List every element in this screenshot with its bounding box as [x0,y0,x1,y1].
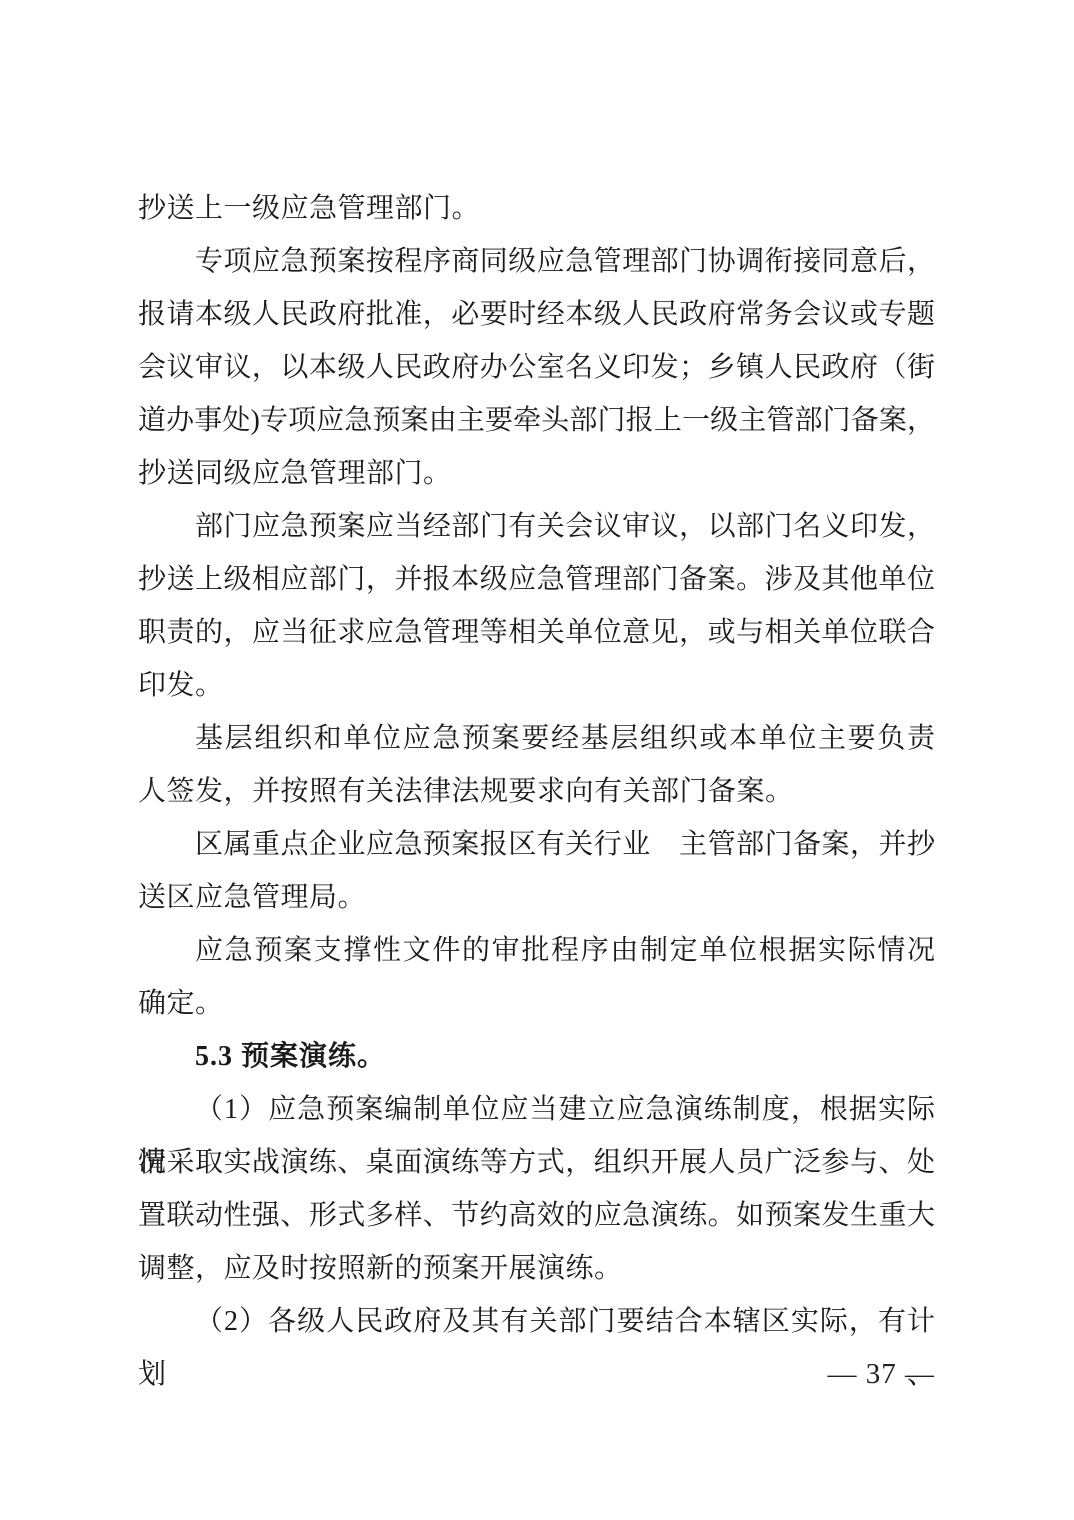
body-line: （2）各级人民政府及其有关部门要结合本辖区实际，有计划、 [138,1295,935,1348]
paragraph: 部门应急预案应当经部门有关会议审议，以部门名义印发， 抄送上级相应部门，并报本级… [138,500,935,712]
body-line: 况采取实战演练、桌面演练等方式，组织开展人员广泛参与、处 [138,1136,935,1189]
paragraph: 基层组织和单位应急预案要经基层组织或本单位主要负责 人签发，并按照有关法律法规要… [138,712,935,818]
document-page: 抄送上一级应急管理部门。 专项应急预案按程序商同级应急管理部门协调衔接同意后， … [0,0,1074,1520]
body-line: 报请本级人民政府批准，必要时经本级人民政府常务会议或专题 [138,288,935,341]
body-line: 应急预案支撑性文件的审批程序由制定单位根据实际情况 [138,924,935,977]
body-line: 抄送上一级应急管理部门。 [138,182,935,235]
body-line: 道办事处)专项应急预案由主要牵头部门报上一级主管部门备案， [138,394,935,447]
body-line: 抄送同级应急管理部门。 [138,447,935,500]
body-line: 确定。 [138,977,935,1030]
body-line: （1）应急预案编制单位应当建立应急演练制度，根据实际情 [138,1083,935,1136]
paragraph: 应急预案支撑性文件的审批程序由制定单位根据实际情况 确定。 [138,924,935,1030]
body-line: 区属重点企业应急预案报区有关行业 主管部门备案，并抄 [138,818,935,871]
body-line: 部门应急预案应当经部门有关会议审议，以部门名义印发， [138,500,935,553]
body-line: 置联动性强、形式多样、节约高效的应急演练。如预案发生重大 [138,1189,935,1242]
document-body: 抄送上一级应急管理部门。 专项应急预案按程序商同级应急管理部门协调衔接同意后， … [138,182,935,1401]
body-line: 职责的，应当征求应急管理等相关单位意见，或与相关单位联合 [138,606,935,659]
section-heading-5-3: 5.3 预案演练。 [138,1030,935,1083]
body-line: 调整，应及时按照新的预案开展演练。 [138,1242,935,1295]
body-line: 专项应急预案按程序商同级应急管理部门协调衔接同意后， [138,235,935,288]
paragraph: （2）各级人民政府及其有关部门要结合本辖区实际，有计划、 [138,1295,935,1348]
body-line: 印发。 [138,659,935,712]
paragraph: 区属重点企业应急预案报区有关行业 主管部门备案，并抄 送区应急管理局。 [138,818,935,924]
page-number: — 37 — [828,1358,936,1390]
body-line: 抄送上级相应部门，并报本级应急管理部门备案。涉及其他单位 [138,553,935,606]
body-line: 送区应急管理局。 [138,871,935,924]
body-line: 人签发，并按照有关法律法规要求向有关部门备案。 [138,765,935,818]
paragraph: （1）应急预案编制单位应当建立应急演练制度，根据实际情 况采取实战演练、桌面演练… [138,1083,935,1295]
paragraph: 抄送上一级应急管理部门。 [138,182,935,235]
body-line: 会议审议，以本级人民政府办公室名义印发；乡镇人民政府（街 [138,341,935,394]
body-line: 基层组织和单位应急预案要经基层组织或本单位主要负责 [138,712,935,765]
paragraph: 专项应急预案按程序商同级应急管理部门协调衔接同意后， 报请本级人民政府批准，必要… [138,235,935,500]
